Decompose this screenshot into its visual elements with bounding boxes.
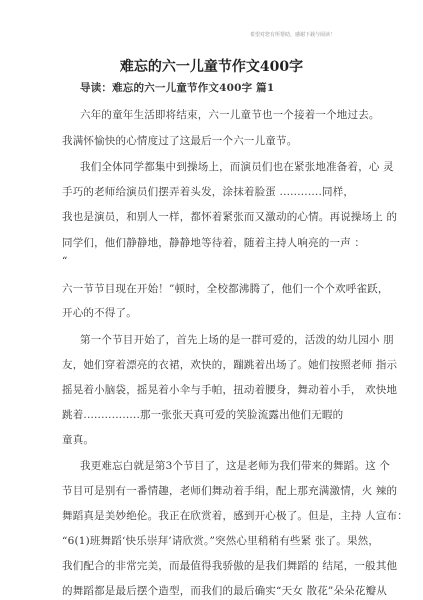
body-text-line: 摇晃着小脑袋，摇晃着小伞与手帕，扭动着腰身，舞动着小手， 欢快地 bbox=[62, 382, 397, 397]
body-text-line: 我也是演员，和别人一样，都怀着紧张而又激动的心情。再说操场上 的 bbox=[62, 209, 397, 224]
body-text-line: 跳着................那一张张天真可爱的笑脸流露出他们无暇的 bbox=[62, 407, 343, 422]
body-text-line: 舞蹈真是美妙绝伦。我正在欣赏着，感到开心极了。但是，主持 人宣布： bbox=[62, 508, 408, 523]
body-text-line: 手巧的老师给演员们摆弄着头发，涂抹着脸蛋 ............同样， bbox=[62, 184, 354, 199]
body-text-line: 六一节节目现在开始！”顿时，全校都沸腾了，他们一个个欢呼雀跃， bbox=[62, 281, 389, 296]
body-text-line: 童真。 bbox=[62, 432, 94, 447]
body-text-line: “ bbox=[62, 255, 68, 267]
body-text-line: 我们配合的非常完美，而最值得我骄傲的是我们舞蹈的 结尾，一般其他 bbox=[62, 558, 397, 573]
header-note: 希望对您有所帮助，感谢下载与阅读！ bbox=[250, 31, 360, 38]
body-text-line: 友，她们穿着漂亮的衣裙，欢快的，蹦跳着出场了。她们按照老师 指示 bbox=[62, 357, 397, 372]
body-text-line: “6(1)班舞蹈‘快乐崇拜’请欣赏。”突然心里稍稍有些紧 张了。果然， bbox=[62, 533, 379, 548]
body-text-line: 六年的童年生活即将结束，六一儿童节也一个接着一个地过去。 bbox=[80, 107, 380, 122]
lead-line: 导读：难忘的六一儿童节作文400字 篇1 bbox=[80, 80, 274, 95]
body-text-line: 节目可是别有一番情趣，老师们舞动着手绢，配上那充满激情，火 辣的 bbox=[62, 483, 397, 498]
body-text-line: 的舞蹈都是最后摆个造型，而我们的最后确实“天女 散花”朵朵花瓣从 bbox=[62, 583, 387, 598]
body-text-line: 我满怀愉快的心情度过了这最后一个六一儿童节。 bbox=[62, 133, 297, 148]
body-text-line: 我更难忘白就是第3个节目了，这是老师为我们带来的舞蹈。这 个 bbox=[80, 458, 390, 473]
body-text-line: 同学们，他们静静地，静静地等待着，随着主持人响亮的一声 ： bbox=[62, 235, 365, 250]
body-text-line: 我们全体同学都集中到操场上，而演员们也在紧张地准备着，心 灵 bbox=[80, 159, 394, 174]
body-text-line: 第一个节目开始了，首先上场的是一群可爱的，活泼的幼儿园小 朋 bbox=[80, 332, 394, 347]
document-title: 难忘的六一儿童节作文400字 bbox=[0, 56, 423, 76]
body-text-line: 开心的不得了。 bbox=[62, 305, 137, 320]
